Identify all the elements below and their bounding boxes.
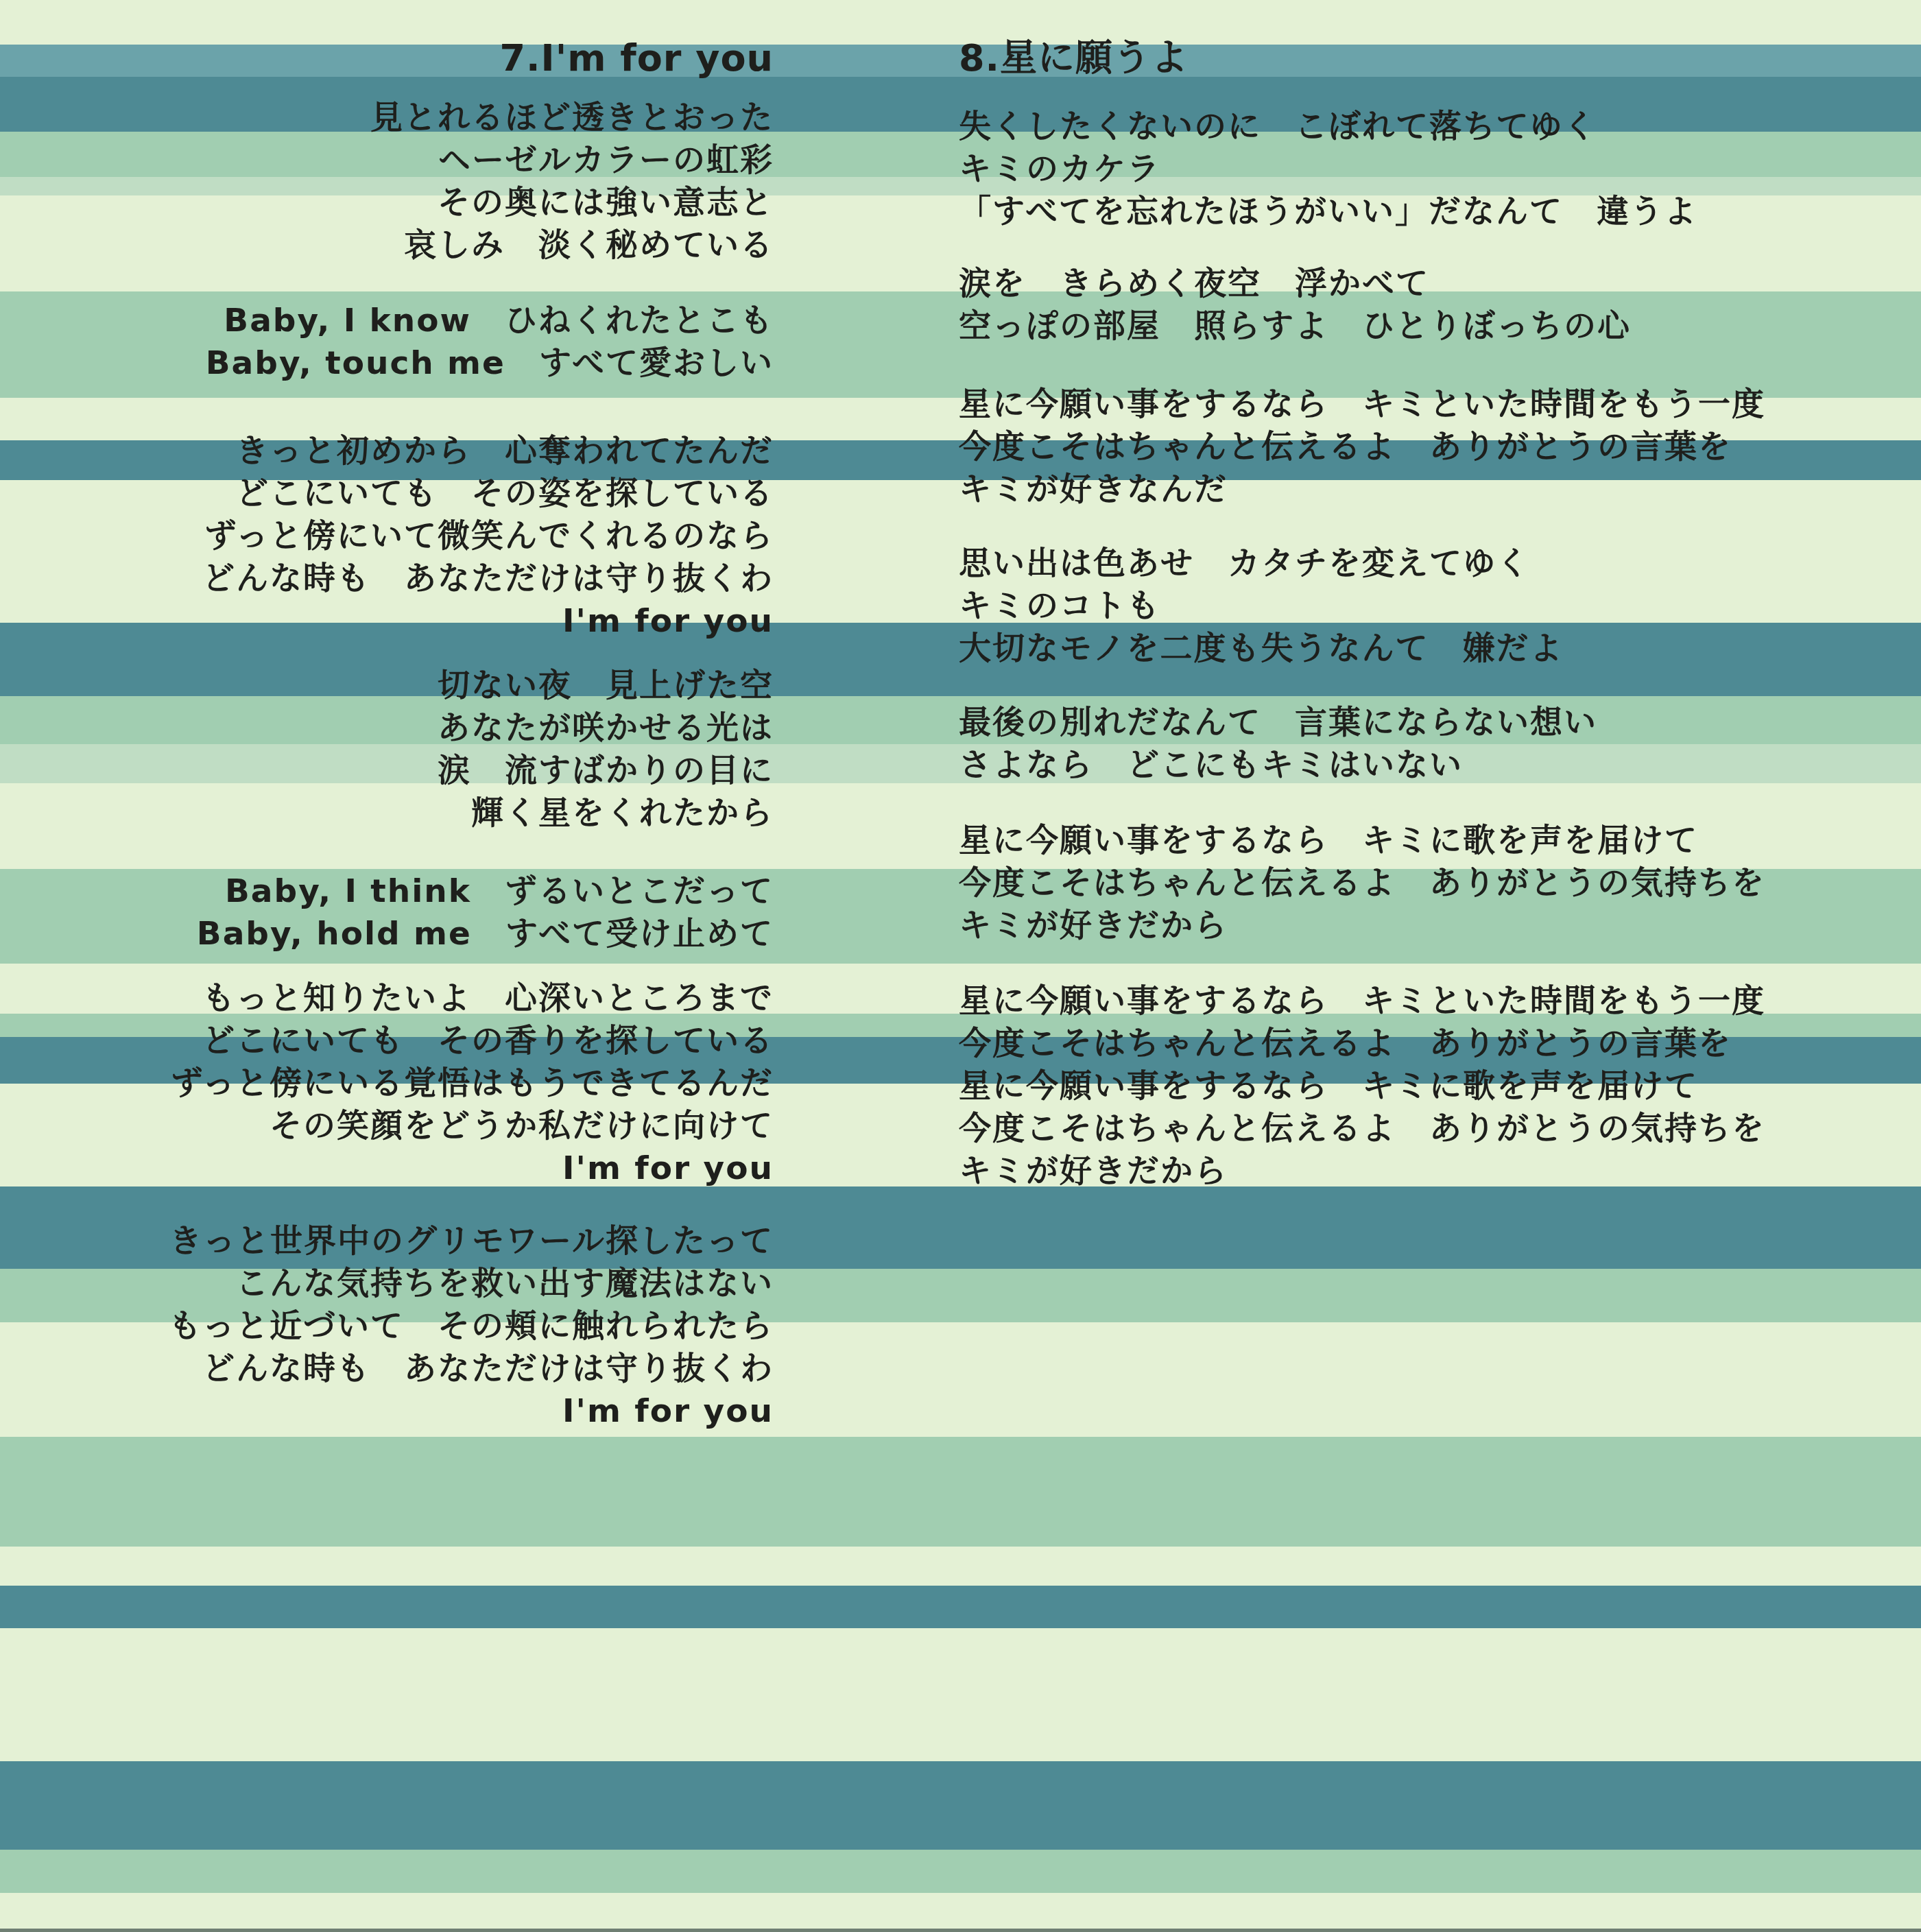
lyric-line: キミが好きだから [959, 1150, 1892, 1193]
lyric-line: どこにいても その姿を探している [0, 473, 774, 515]
lyric-line: 大切なモノを二度も失うなんて 嫌だよ [959, 628, 1892, 670]
lyric-line: Baby, hold me すべて受け止めて [0, 913, 774, 955]
lyric-line: Baby, I know ひねくれたとこも [0, 300, 774, 342]
lyric-line: その奥には強い意志と [0, 182, 774, 224]
lyric-line: 星に今願い事をするなら キミに歌を声を届けて [959, 1065, 1892, 1108]
lyric-line: I'm for you [0, 1390, 774, 1433]
lyric-line: 星に今願い事をするなら キミといた時間をもう一度 [959, 383, 1892, 426]
lyric-line: キミのカケラ [959, 148, 1892, 191]
lyric-line: 見とれるほど透きとおった [0, 97, 774, 139]
lyric-line: どんな時も あなただけは守り抜くわ [0, 558, 774, 600]
lyric-line: 今度こそはちゃんと伝えるよ ありがとうの言葉を [959, 1023, 1892, 1065]
lyric-line: こんな気持ちを救い出す魔法はない [0, 1263, 774, 1305]
song-8-column: 8.星に願うよ 失くしたくないのに こぼれて落ちてゆくキミのカケラ「すべてを忘れ… [959, 0, 1892, 1932]
lyric-line: どこにいても その香りを探している [0, 1020, 774, 1062]
lyric-line: 最後の別れだなんて 言葉にならない想い [959, 702, 1892, 744]
lyric-line: 今度こそはちゃんと伝えるよ ありがとうの言葉を [959, 426, 1892, 468]
lyric-line: 涙を きらめく夜空 浮かべて [959, 263, 1892, 305]
lyric-line: ずっと傍にいて微笑んでくれるのなら [0, 515, 774, 558]
lyric-line: 思い出は色あせ カタチを変えてゆく [959, 542, 1892, 585]
lyrics-booklet-page: 7.I'm for you 見とれるほど透きとおったヘーゼルカラーの虹彩その奥に… [0, 0, 1921, 1932]
lyric-line: 哀しみ 淡く秘めている [0, 224, 774, 267]
lyric-line: 失くしたくないのに こぼれて落ちてゆく [959, 106, 1892, 148]
lyric-line: I'm for you [0, 1147, 774, 1190]
lyric-line: I'm for you [0, 600, 774, 643]
lyric-line: 切ない夜 見上げた空 [0, 665, 774, 707]
lyric-line: さよなら どこにもキミはいない [959, 744, 1892, 787]
lyric-line: 輝く星をくれたから [0, 792, 774, 835]
lyric-line: 「すべてを忘れたほうがいい」だなんて 違うよ [959, 191, 1892, 233]
lyric-line: 涙 流すばかりの目に [0, 750, 774, 792]
lyric-line: 今度こそはちゃんと伝えるよ ありがとうの気持ちを [959, 862, 1892, 905]
lyric-line: キミのコトも [959, 585, 1892, 628]
song-7-title: 7.I'm for you [0, 37, 774, 80]
song-8-title: 8.星に願うよ [959, 37, 1892, 80]
lyric-line: その笑顔をどうか私だけに向けて [0, 1105, 774, 1147]
song-7-column: 7.I'm for you 見とれるほど透きとおったヘーゼルカラーの虹彩その奥に… [0, 0, 774, 1932]
lyric-line: どんな時も あなただけは守り抜くわ [0, 1348, 774, 1390]
lyric-line: 星に今願い事をするなら キミに歌を声を届けて [959, 820, 1892, 862]
lyric-line: キミが好きなんだ [959, 468, 1892, 511]
lyric-line: もっと近づいて その頬に触れられたら [0, 1305, 774, 1348]
lyric-line: 今度こそはちゃんと伝えるよ ありがとうの気持ちを [959, 1108, 1892, 1150]
lyric-line: ヘーゼルカラーの虹彩 [0, 139, 774, 182]
lyric-line: Baby, I think ずるいとこだって [0, 870, 774, 913]
lyric-line: あなたが咲かせる光は [0, 707, 774, 750]
lyric-line: ずっと傍にいる覚悟はもうできてるんだ [0, 1062, 774, 1105]
lyric-line: Baby, touch me すべて愛おしい [0, 342, 774, 385]
lyric-line: 空っぽの部屋 照らすよ ひとりぼっちの心 [959, 305, 1892, 348]
lyric-line: キミが好きだから [959, 905, 1892, 947]
lyric-line: もっと知りたいよ 心深いところまで [0, 977, 774, 1020]
lyric-line: きっと初めから 心奪われてたんだ [0, 430, 774, 473]
lyric-line: 星に今願い事をするなら キミといた時間をもう一度 [959, 980, 1892, 1023]
lyric-line: きっと世界中のグリモワール探したって [0, 1220, 774, 1263]
